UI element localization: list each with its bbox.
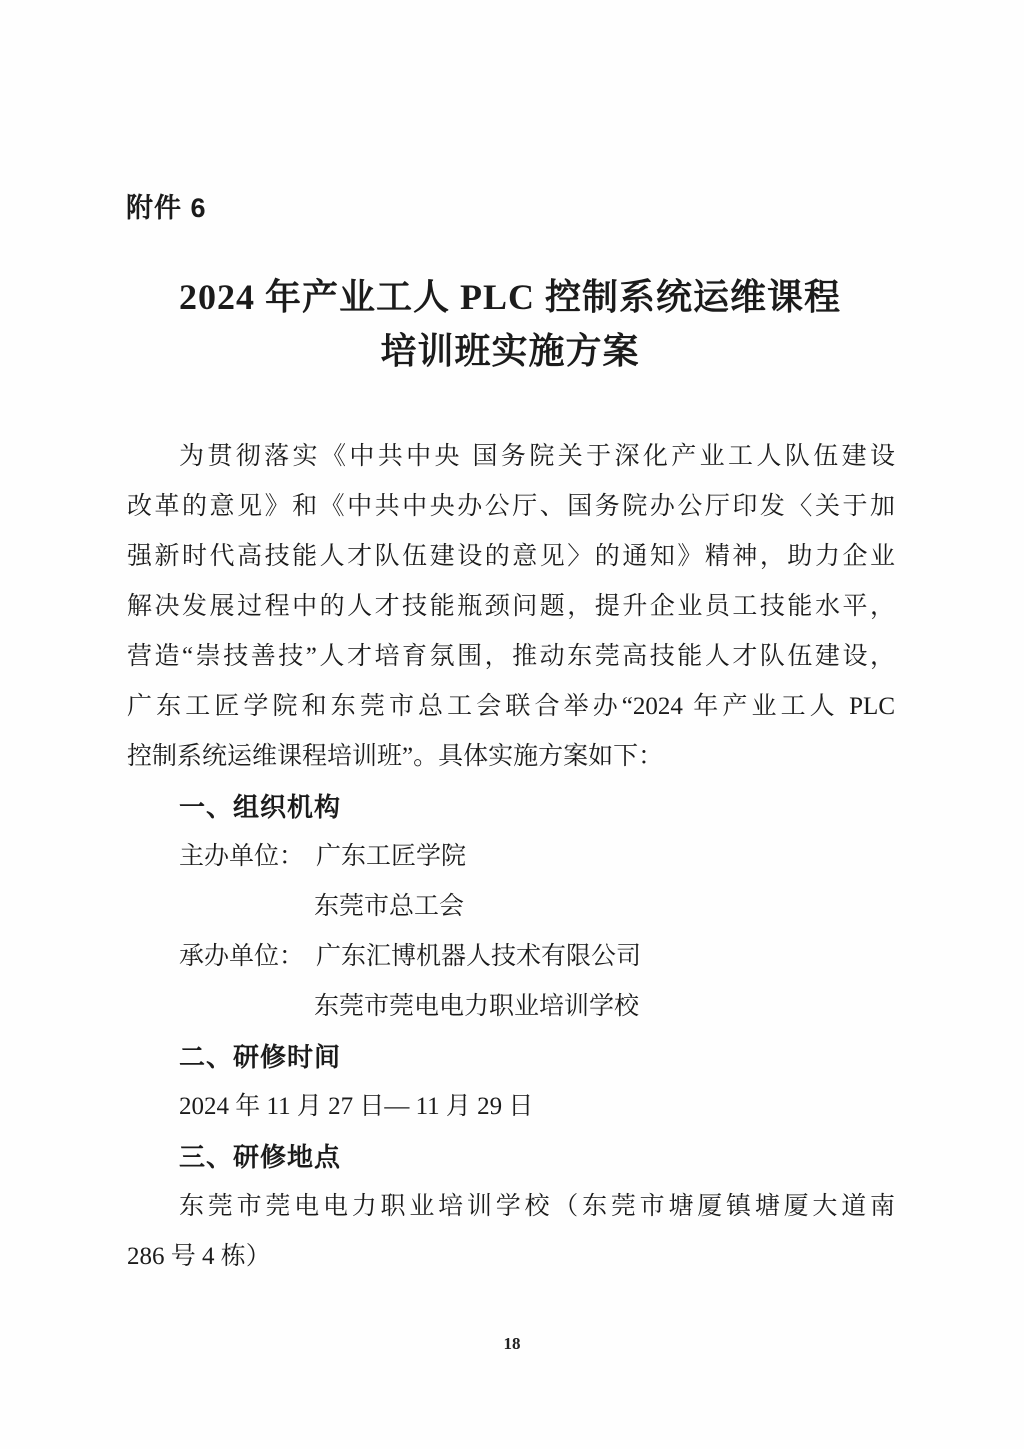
host-unit-row: 主办单位：广东工匠学院 [127,832,895,882]
intro-line: 营造“崇技善技”人才培育氛围，推动东莞高技能人才队伍建设， [127,632,895,682]
undertaker-unit-value: 广东汇博机器人技术有限公司 [316,943,641,970]
document-page: 附件 6 2024 年产业工人 PLC 控制系统运维课程 培训班实施方案 为贯彻… [0,0,1024,1449]
undertaker-unit-row: 承办单位：广东汇博机器人技术有限公司 [127,932,895,982]
document-title-line2: 培训班实施方案 [126,324,894,378]
section-heading-schedule: 二、研修时间 [127,1032,895,1082]
section-heading-organization: 一、组织机构 [127,782,895,832]
intro-line: 广东工匠学院和东莞市总工会联合举办“2024 年产业工人 PLC [127,682,895,732]
intro-line: 强新时代高技能人才队伍建设的意见〉的通知》精神，助力企业 [127,532,895,582]
schedule-dates: 2024 年 11 月 27 日— 11 月 29 日 [127,1082,895,1132]
intro-line: 改革的意见》和《中共中央办公厅、国务院办公厅印发〈关于加 [127,482,895,532]
venue-line2: 286 号 4 栋） [127,1232,895,1282]
attachment-label: 附件 6 [126,186,207,225]
document-title-line1: 2024 年产业工人 PLC 控制系统运维课程 [126,270,894,324]
intro-line: 解决发展过程中的人才技能瓶颈问题，提升企业员工技能水平， [127,582,895,632]
host-unit-value-2: 东莞市总工会 [127,882,895,932]
host-unit-value: 广东工匠学院 [316,843,466,870]
section-heading-venue: 三、研修地点 [127,1132,895,1182]
intro-line: 控制系统运维课程培训班”。具体实施方案如下： [127,732,895,782]
host-unit-label: 主办单位： [179,843,304,870]
page-number: 18 [0,1334,1024,1354]
document-body: 为贯彻落实《中共中央 国务院关于深化产业工人队伍建设 改革的意见》和《中共中央办… [127,432,895,1282]
undertaker-unit-value-2: 东莞市莞电电力职业培训学校 [127,982,895,1032]
venue-line1: 东莞市莞电电力职业培训学校（东莞市塘厦镇塘厦大道南 [127,1182,895,1232]
undertaker-unit-label: 承办单位： [179,943,304,970]
intro-line: 为贯彻落实《中共中央 国务院关于深化产业工人队伍建设 [127,432,895,482]
document-title: 2024 年产业工人 PLC 控制系统运维课程 培训班实施方案 [126,270,894,378]
